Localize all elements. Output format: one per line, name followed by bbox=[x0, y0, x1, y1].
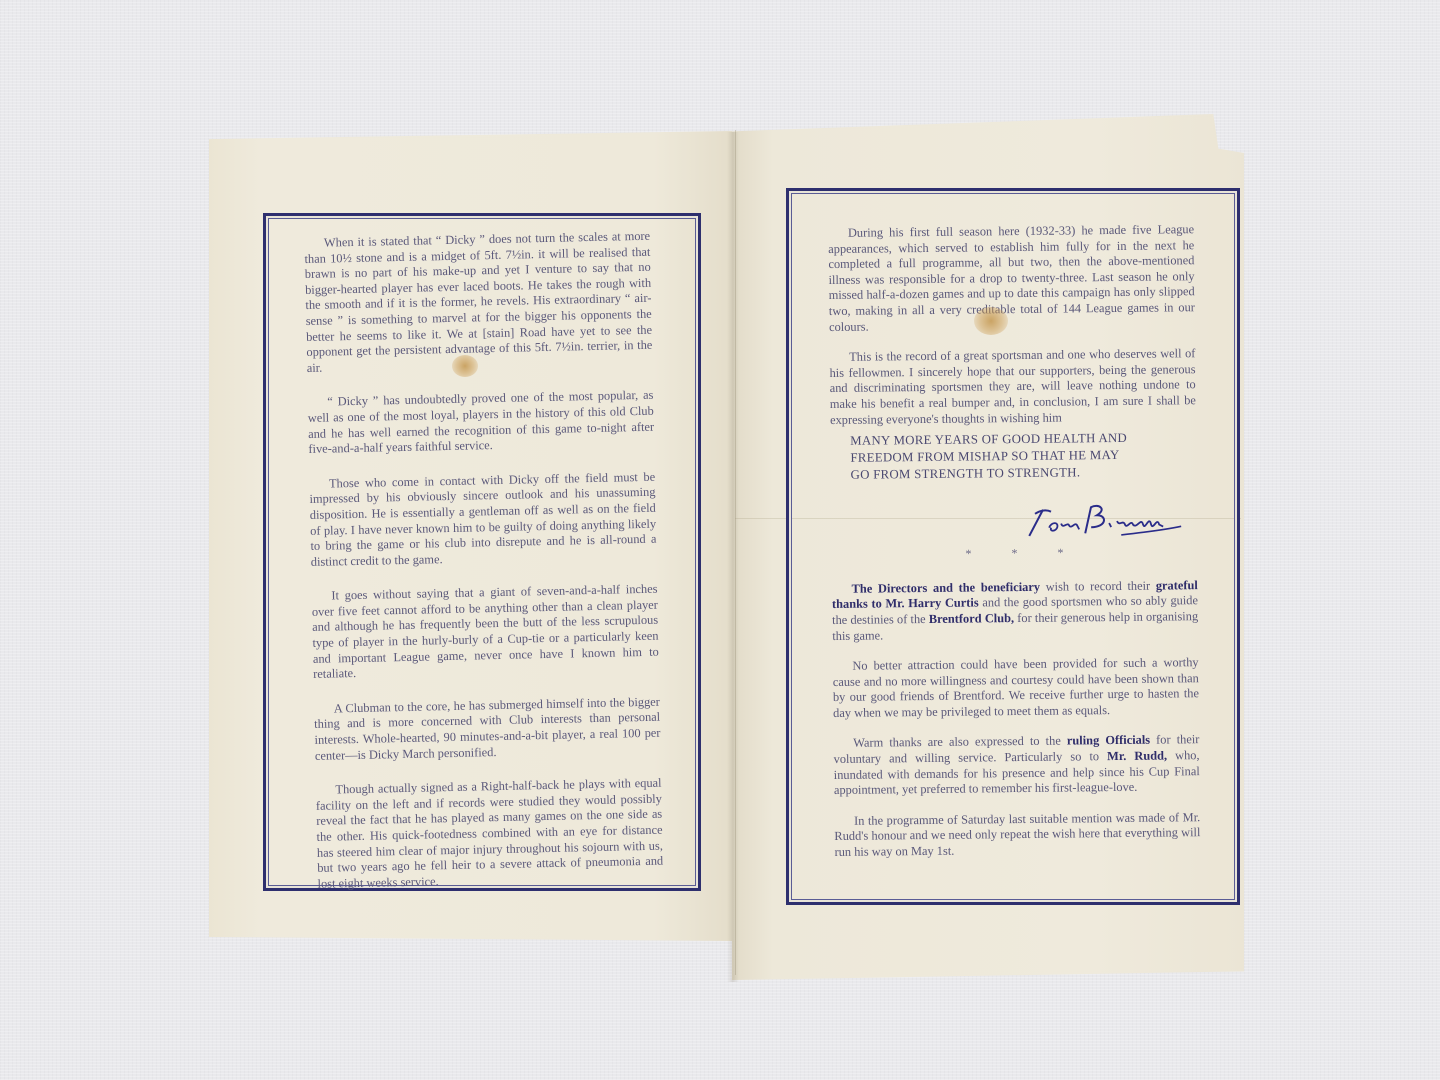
paragraph-size: When it is stated that “ Dicky ” does no… bbox=[304, 229, 653, 377]
programme-booklet: When it is stated that “ Dicky ” does no… bbox=[0, 0, 1440, 1080]
wish-line: GO FROM STRENGTH TO STRENGTH. bbox=[851, 463, 1197, 484]
signature-tom-birrell: Tom Birrell bbox=[1021, 494, 1192, 546]
paragraph-record: During his first full season here (1932-… bbox=[828, 222, 1195, 335]
paragraph-position: Though actually signed as a Right-half-b… bbox=[315, 776, 663, 892]
paragraph-officials: Warm thanks are also expressed to the ru… bbox=[833, 733, 1200, 799]
paragraph-thanks-directors: The Directors and the beneficiary wish t… bbox=[832, 578, 1199, 644]
booklet-spine bbox=[727, 132, 739, 982]
paragraph-brentford: No better attraction could have been pro… bbox=[833, 655, 1200, 721]
left-page-text: When it is stated that “ Dicky ” does no… bbox=[304, 229, 664, 911]
center-crease bbox=[735, 130, 736, 975]
paragraph-popularity: “ Dicky ” has undoubtedly proved one of … bbox=[307, 388, 654, 458]
section-separator: *** bbox=[831, 544, 1197, 563]
right-page-text: During his first full season here (1932-… bbox=[828, 222, 1201, 875]
stain-left bbox=[452, 355, 478, 377]
paragraph-clean-player: It goes without saying that a giant of s… bbox=[311, 582, 659, 683]
paragraph-clubman: A Clubman to the core, he has submerged … bbox=[314, 694, 661, 764]
paragraph-mr-rudd: In the programme of Saturday last suitab… bbox=[834, 810, 1200, 861]
stain-right bbox=[974, 307, 1008, 335]
paragraph-tribute: This is the record of a great sportsman … bbox=[829, 346, 1196, 428]
wish-block: MANY MORE YEARS OF GOOD HEALTH AND FREED… bbox=[850, 429, 1197, 484]
paragraph-character: Those who come in contact with Dicky off… bbox=[309, 469, 657, 570]
